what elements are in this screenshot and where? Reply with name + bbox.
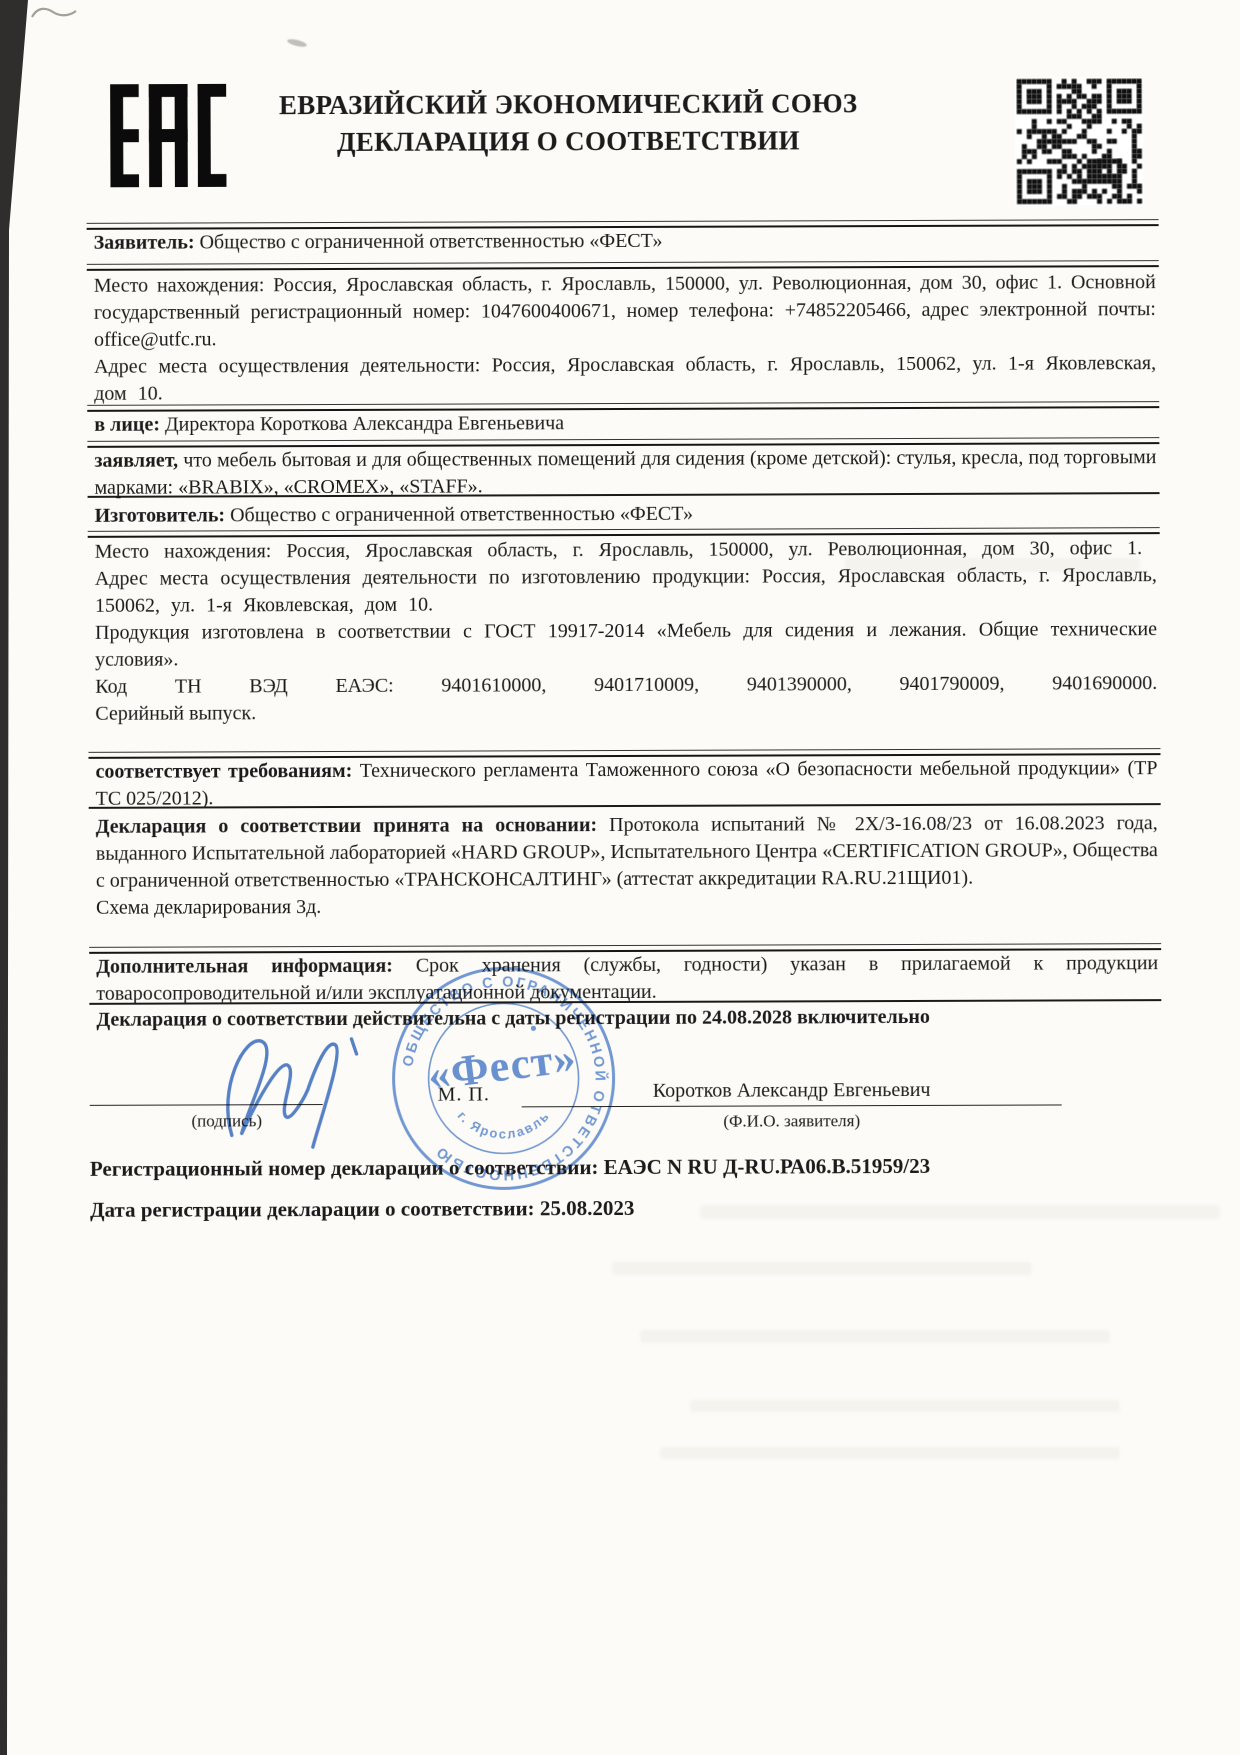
stamp-center-text: «Фест» — [425, 1032, 579, 1099]
declares-label: заявляет, — [94, 450, 178, 472]
basis-label: Декларация о соответствии принята на осн… — [96, 814, 597, 838]
applicant-label: Заявитель: — [94, 231, 195, 253]
handwritten-signature — [199, 1013, 375, 1159]
registration-number-row: Регистрационный номер декларации о соотв… — [90, 1153, 1170, 1182]
document-title: ЕВРАЗИЙСКИЙ ЭКОНОМИЧЕСКИЙ СОЮЗ ДЕКЛАРАЦИ… — [233, 85, 903, 161]
declaration-scheme: Схема декларирования 3д. — [96, 891, 1158, 922]
manufacturer-location: Место нахождения: Россия, Ярославская об… — [95, 535, 1157, 566]
gost-statement: Продукция изготовлена в соответствии с Г… — [95, 616, 1157, 674]
registration-number-label: Регистрационный номер декларации о соотв… — [90, 1155, 599, 1181]
basis-block: Декларация о соответствии принята на осн… — [96, 810, 1158, 922]
registration-date-value: 25.08.2023 — [540, 1196, 635, 1220]
tn-ved-codes: Код ТН ВЭД ЕАЭС: 9401610000, 9401710009,… — [95, 670, 1157, 701]
compliance-label: соответствует требованиям: — [95, 760, 352, 783]
declares-value: что мебель бытовая и для общественных по… — [94, 446, 1156, 499]
registration-date-row: Дата регистрации декларации о соответств… — [90, 1194, 1170, 1223]
manufacturer-details: Место нахождения: Россия, Ярославская об… — [95, 535, 1158, 728]
manufacturer-label: Изготовитель: — [95, 504, 226, 526]
svg-text:г. Ярославль: г. Ярославль — [455, 1108, 553, 1142]
eac-logo-icon — [110, 78, 226, 192]
title-line-1: ЕВРАЗИЙСКИЙ ЭКОНОМИЧЕСКИЙ СОЮЗ — [233, 85, 903, 124]
person-label: в лице: — [94, 414, 160, 436]
document-content: ЕВРАЗИЙСКИЙ ЭКОНОМИЧЕСКИЙ СОЮЗ ДЕКЛАРАЦИ… — [0, 0, 1240, 1755]
applicant-location: Место нахождения: Россия, Ярославская об… — [94, 269, 1156, 354]
stamp-dot — [531, 1026, 536, 1031]
manufacturer-row: Изготовитель: Общество с ограниченной от… — [95, 499, 1157, 530]
qr-code-icon — [1015, 77, 1143, 205]
applicant-details: Место нахождения: Россия, Ярославская об… — [94, 269, 1156, 408]
declares-row: заявляет, что мебель бытовая и для общес… — [94, 444, 1156, 502]
additional-info-row: Дополнительная информация: Срок хранения… — [96, 950, 1158, 1008]
stamp-bottom-text: г. Ярославль — [455, 1108, 553, 1142]
title-line-2: ДЕКЛАРАЦИЯ О СООТВЕТСТВИИ — [233, 122, 903, 161]
manufacturer-activity-address: Адрес места осуществления деятельности п… — [95, 562, 1157, 620]
additional-info-label: Дополнительная информация: — [96, 955, 393, 978]
registration-number-value: ЕАЭС N RU Д-RU.РА06.В.51959/23 — [604, 1154, 931, 1179]
person-value: Директора Короткова Александра Евгеньеви… — [165, 412, 564, 435]
person-row: в лице: Директора Короткова Александра Е… — [94, 408, 1156, 439]
declaration-of-conformity-scan: ЕВРАЗИЙСКИЙ ЭКОНОМИЧЕСКИЙ СОЮЗ ДЕКЛАРАЦИ… — [0, 0, 1240, 1755]
applicant-row: Заявитель: Общество с ограниченной ответ… — [94, 226, 1156, 257]
applicant-value: Общество с ограниченной ответственностью… — [200, 230, 663, 254]
serial-issue: Серийный выпуск. — [95, 697, 1157, 728]
compliance-row: соответствует требованиям: Технического … — [95, 755, 1157, 813]
registration-date-label: Дата регистрации декларации о соответств… — [90, 1196, 535, 1222]
applicant-activity-address: Адрес места осуществления деятельности: … — [94, 350, 1156, 408]
manufacturer-value: Общество с ограниченной ответственностью… — [230, 503, 693, 527]
